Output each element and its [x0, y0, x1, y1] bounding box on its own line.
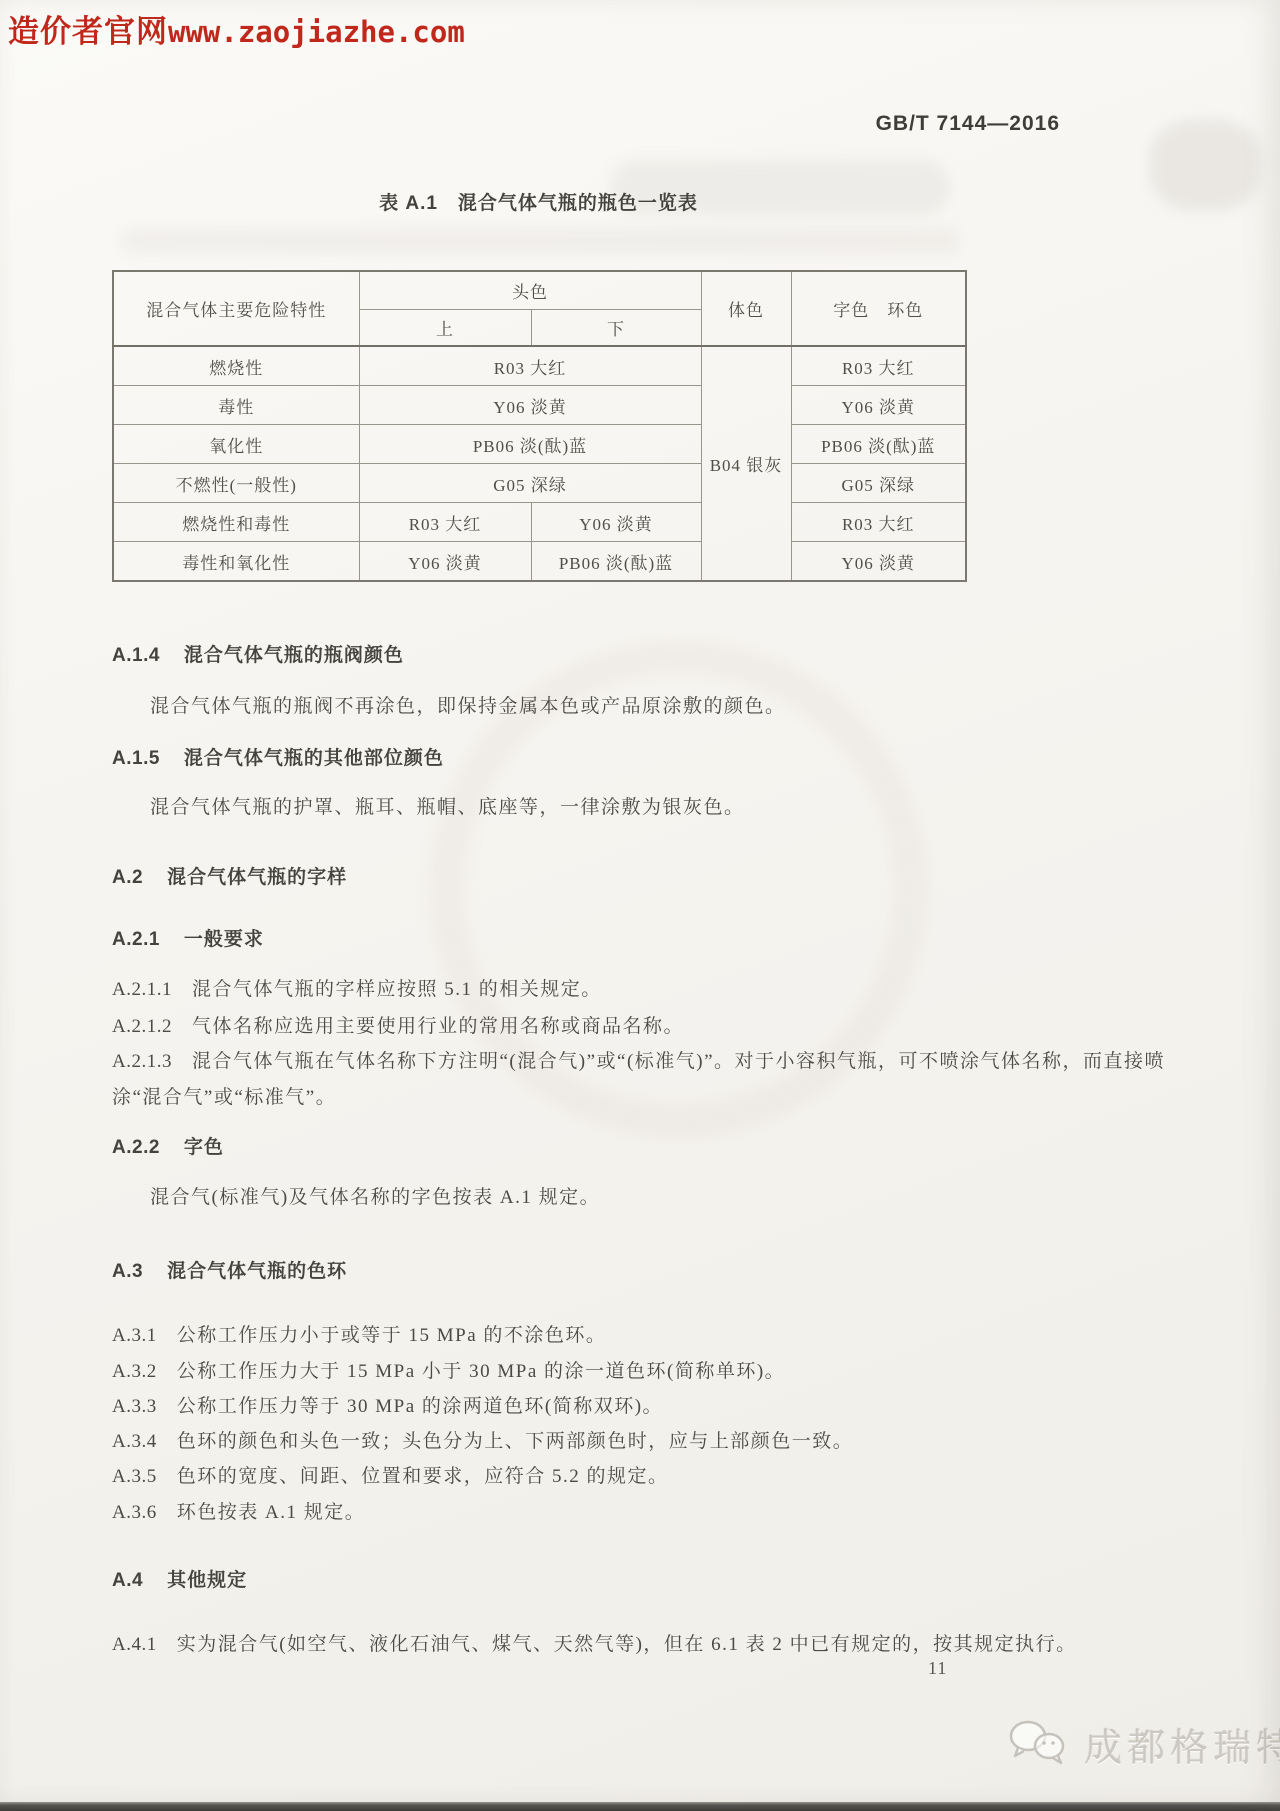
section-heading-a15: A.1.5混合气体气瓶的其他部位颜色 [112, 743, 444, 770]
section-heading-a3: A.3混合气体气瓶的色环 [112, 1256, 347, 1283]
clause-a33: A.3.3公称工作压力等于 30 MPa 的涂两道色环(简称双环)。 [112, 1389, 1174, 1425]
clause-text: 混合气体气瓶在气体名称下方注明“(混合气)”或“(标准气)”。对于小容积气瓶，可… [112, 1051, 1165, 1108]
clause-a32: A.3.2公称工作压力大于 15 MPa 小于 30 MPa 的涂一道色环(简称… [112, 1354, 1174, 1390]
cell-head-color: Y06 淡黄 [359, 386, 701, 425]
cell-hazard: 氧化性 [113, 425, 359, 464]
cell-head-color: PB06 淡(酞)蓝 [359, 425, 701, 464]
table-header-row-1: 混合气体主要危险特性 头色 体色 字色 环色 [113, 271, 966, 310]
clause-a41: A.4.1实为混合气(如空气、液化石油气、煤气、天然气等)，但在 6.1 表 2… [112, 1627, 1174, 1663]
cell-hazard: 燃烧性 [113, 346, 359, 386]
clause-a213: A.2.1.3混合气体气瓶在气体名称下方注明“(混合气)”或“(标准气)”。对于… [112, 1044, 1174, 1116]
cell-head-color-upper: R03 大红 [359, 503, 531, 542]
section-heading-a2: A.2混合气体气瓶的字样 [112, 862, 347, 889]
cell-hazard: 不燃性(一般性) [113, 464, 359, 503]
clause-number: A.2.1.3 [112, 1051, 172, 1072]
section-heading-a22: A.2.2字色 [112, 1132, 224, 1159]
section-title: 混合气体气瓶的字样 [167, 867, 347, 888]
paragraph-a14: 混合气体气瓶的瓶阀不再涂色，即保持金属本色或产品原涂敷的颜色。 [150, 690, 1176, 724]
watermark-site-name: 造价者官网 [8, 14, 168, 49]
cell-ring-color: R03 大红 [791, 346, 966, 386]
section-title: 混合气体气瓶的其他部位颜色 [184, 748, 444, 769]
section-title: 混合气体气瓶的瓶阀颜色 [184, 645, 404, 666]
col-header-head-color: 头色 [359, 271, 701, 310]
clause-number: A.3.5 [112, 1466, 157, 1487]
section-heading-a4: A.4其他规定 [112, 1565, 247, 1592]
clause-number: A.4.1 [112, 1634, 157, 1655]
section-number: A.2.1 [112, 929, 160, 950]
clause-number: A.2.1.2 [112, 1016, 172, 1037]
col-header-hazard: 混合气体主要危险特性 [113, 271, 359, 346]
cell-ring-color: G05 深绿 [791, 464, 966, 503]
clause-number: A.3.6 [112, 1502, 157, 1523]
clause-text: 公称工作压力小于或等于 15 MPa 的不涂色环。 [177, 1325, 607, 1346]
clause-text: 公称工作压力等于 30 MPa 的涂两道色环(简称双环)。 [177, 1396, 663, 1417]
clause-a31: A.3.1公称工作压力小于或等于 15 MPa 的不涂色环。 [112, 1318, 1174, 1354]
section-title: 其他规定 [167, 1570, 247, 1591]
table-row: 燃烧性和毒性 R03 大红 Y06 淡黄 R03 大红 [113, 503, 966, 542]
clause-a211: A.2.1.1混合气体气瓶的字样应按照 5.1 的相关规定。 [112, 972, 1174, 1008]
section-number: A.1.5 [112, 748, 160, 769]
bottom-bar [0, 1802, 1280, 1811]
col-header-body-color: 体色 [701, 271, 791, 346]
clause-text: 公称工作压力大于 15 MPa 小于 30 MPa 的涂一道色环(简称单环)。 [177, 1361, 785, 1382]
table-row: 毒性 Y06 淡黄 Y06 淡黄 [113, 386, 966, 425]
clause-a35: A.3.5色环的宽度、间距、位置和要求，应符合 5.2 的规定。 [112, 1459, 1174, 1495]
paragraph-a15: 混合气体气瓶的护罩、瓶耳、瓶帽、底座等，一律涂敷为银灰色。 [150, 791, 1176, 825]
cylinder-color-table: 混合气体主要危险特性 头色 体色 字色 环色 上 下 燃烧性 R03 大红 B0… [112, 270, 967, 582]
col-header-char-ring-color: 字色 环色 [791, 271, 966, 346]
cell-ring-color: Y06 淡黄 [791, 386, 966, 425]
clause-text: 气体名称应选用主要使用行业的常用名称或商品名称。 [192, 1016, 684, 1037]
cell-head-color-lower: PB06 淡(酞)蓝 [531, 542, 701, 582]
watermark-url: www.zaojiazhe.com [168, 15, 465, 49]
clause-number: A.3.3 [112, 1396, 157, 1417]
cell-hazard: 毒性和氧化性 [113, 542, 359, 582]
section-title: 字色 [184, 1137, 224, 1158]
section-number: A.2.2 [112, 1137, 160, 1158]
standard-number: GB/T 7144—2016 [876, 112, 1060, 136]
table-title: 表 A.1 混合气体气瓶的瓶色一览表 [112, 188, 965, 215]
cell-ring-color: PB06 淡(酞)蓝 [791, 425, 966, 464]
scan-smudge [120, 228, 960, 254]
wechat-icon [1008, 1716, 1070, 1773]
cell-head-color: G05 深绿 [359, 464, 701, 503]
cell-head-color-lower: Y06 淡黄 [531, 503, 701, 542]
clause-text: 环色按表 A.1 规定。 [177, 1502, 365, 1523]
clause-a36: A.3.6环色按表 A.1 规定。 [112, 1495, 1174, 1531]
section-title: 一般要求 [184, 929, 264, 950]
table-row: 不燃性(一般性) G05 深绿 G05 深绿 [113, 464, 966, 503]
cell-ring-color: Y06 淡黄 [791, 542, 966, 582]
clause-number: A.2.1.1 [112, 979, 172, 1000]
section-heading-a21: A.2.1一般要求 [112, 924, 264, 951]
brand-name: 成都格瑞特 [1084, 1717, 1280, 1772]
clause-text: 实为混合气(如空气、液化石油气、煤气、天然气等)，但在 6.1 表 2 中已有规… [177, 1634, 1077, 1655]
table-row: 毒性和氧化性 Y06 淡黄 PB06 淡(酞)蓝 Y06 淡黄 [113, 542, 966, 582]
clause-text: 色环的宽度、间距、位置和要求，应符合 5.2 的规定。 [177, 1466, 669, 1487]
clause-number: A.3.1 [112, 1325, 157, 1346]
clause-number: A.3.2 [112, 1361, 157, 1382]
cell-ring-color: R03 大红 [791, 503, 966, 542]
scanned-page: 造价者官网www.zaojiazhe.com GB/T 7144—2016 表 … [0, 0, 1280, 1811]
section-number: A.1.4 [112, 645, 160, 666]
section-number: A.2 [112, 867, 143, 888]
col-header-upper: 上 [359, 310, 531, 347]
clause-a212: A.2.1.2气体名称应选用主要使用行业的常用名称或商品名称。 [112, 1009, 1174, 1045]
scan-smudge [1150, 120, 1260, 210]
clause-number: A.3.4 [112, 1431, 157, 1452]
cell-body-color: B04 银灰 [701, 346, 791, 581]
clause-text: 色环的颜色和头色一致；头色分为上、下两部颜色时，应与上部颜色一致。 [177, 1431, 854, 1452]
section-heading-a14: A.1.4混合气体气瓶的瓶阀颜色 [112, 640, 404, 667]
table-row: 燃烧性 R03 大红 B04 银灰 R03 大红 [113, 346, 966, 386]
cell-head-color: R03 大红 [359, 346, 701, 386]
cell-hazard: 毒性 [113, 386, 359, 425]
paragraph-a22: 混合气(标准气)及气体名称的字色按表 A.1 规定。 [150, 1181, 1176, 1215]
clause-text: 混合气体气瓶的字样应按照 5.1 的相关规定。 [192, 979, 602, 1000]
table-row: 氧化性 PB06 淡(酞)蓝 PB06 淡(酞)蓝 [113, 425, 966, 464]
top-watermark: 造价者官网www.zaojiazhe.com [8, 6, 465, 51]
section-title: 混合气体气瓶的色环 [167, 1261, 347, 1282]
clause-a34: A.3.4色环的颜色和头色一致；头色分为上、下两部颜色时，应与上部颜色一致。 [112, 1424, 1174, 1460]
brand-watermark: 成都格瑞特 [1008, 1716, 1280, 1773]
page-number: 11 [928, 1658, 947, 1679]
cell-head-color-upper: Y06 淡黄 [359, 542, 531, 582]
col-header-lower: 下 [531, 310, 701, 347]
cell-hazard: 燃烧性和毒性 [113, 503, 359, 542]
section-number: A.3 [112, 1261, 143, 1282]
section-number: A.4 [112, 1570, 143, 1591]
